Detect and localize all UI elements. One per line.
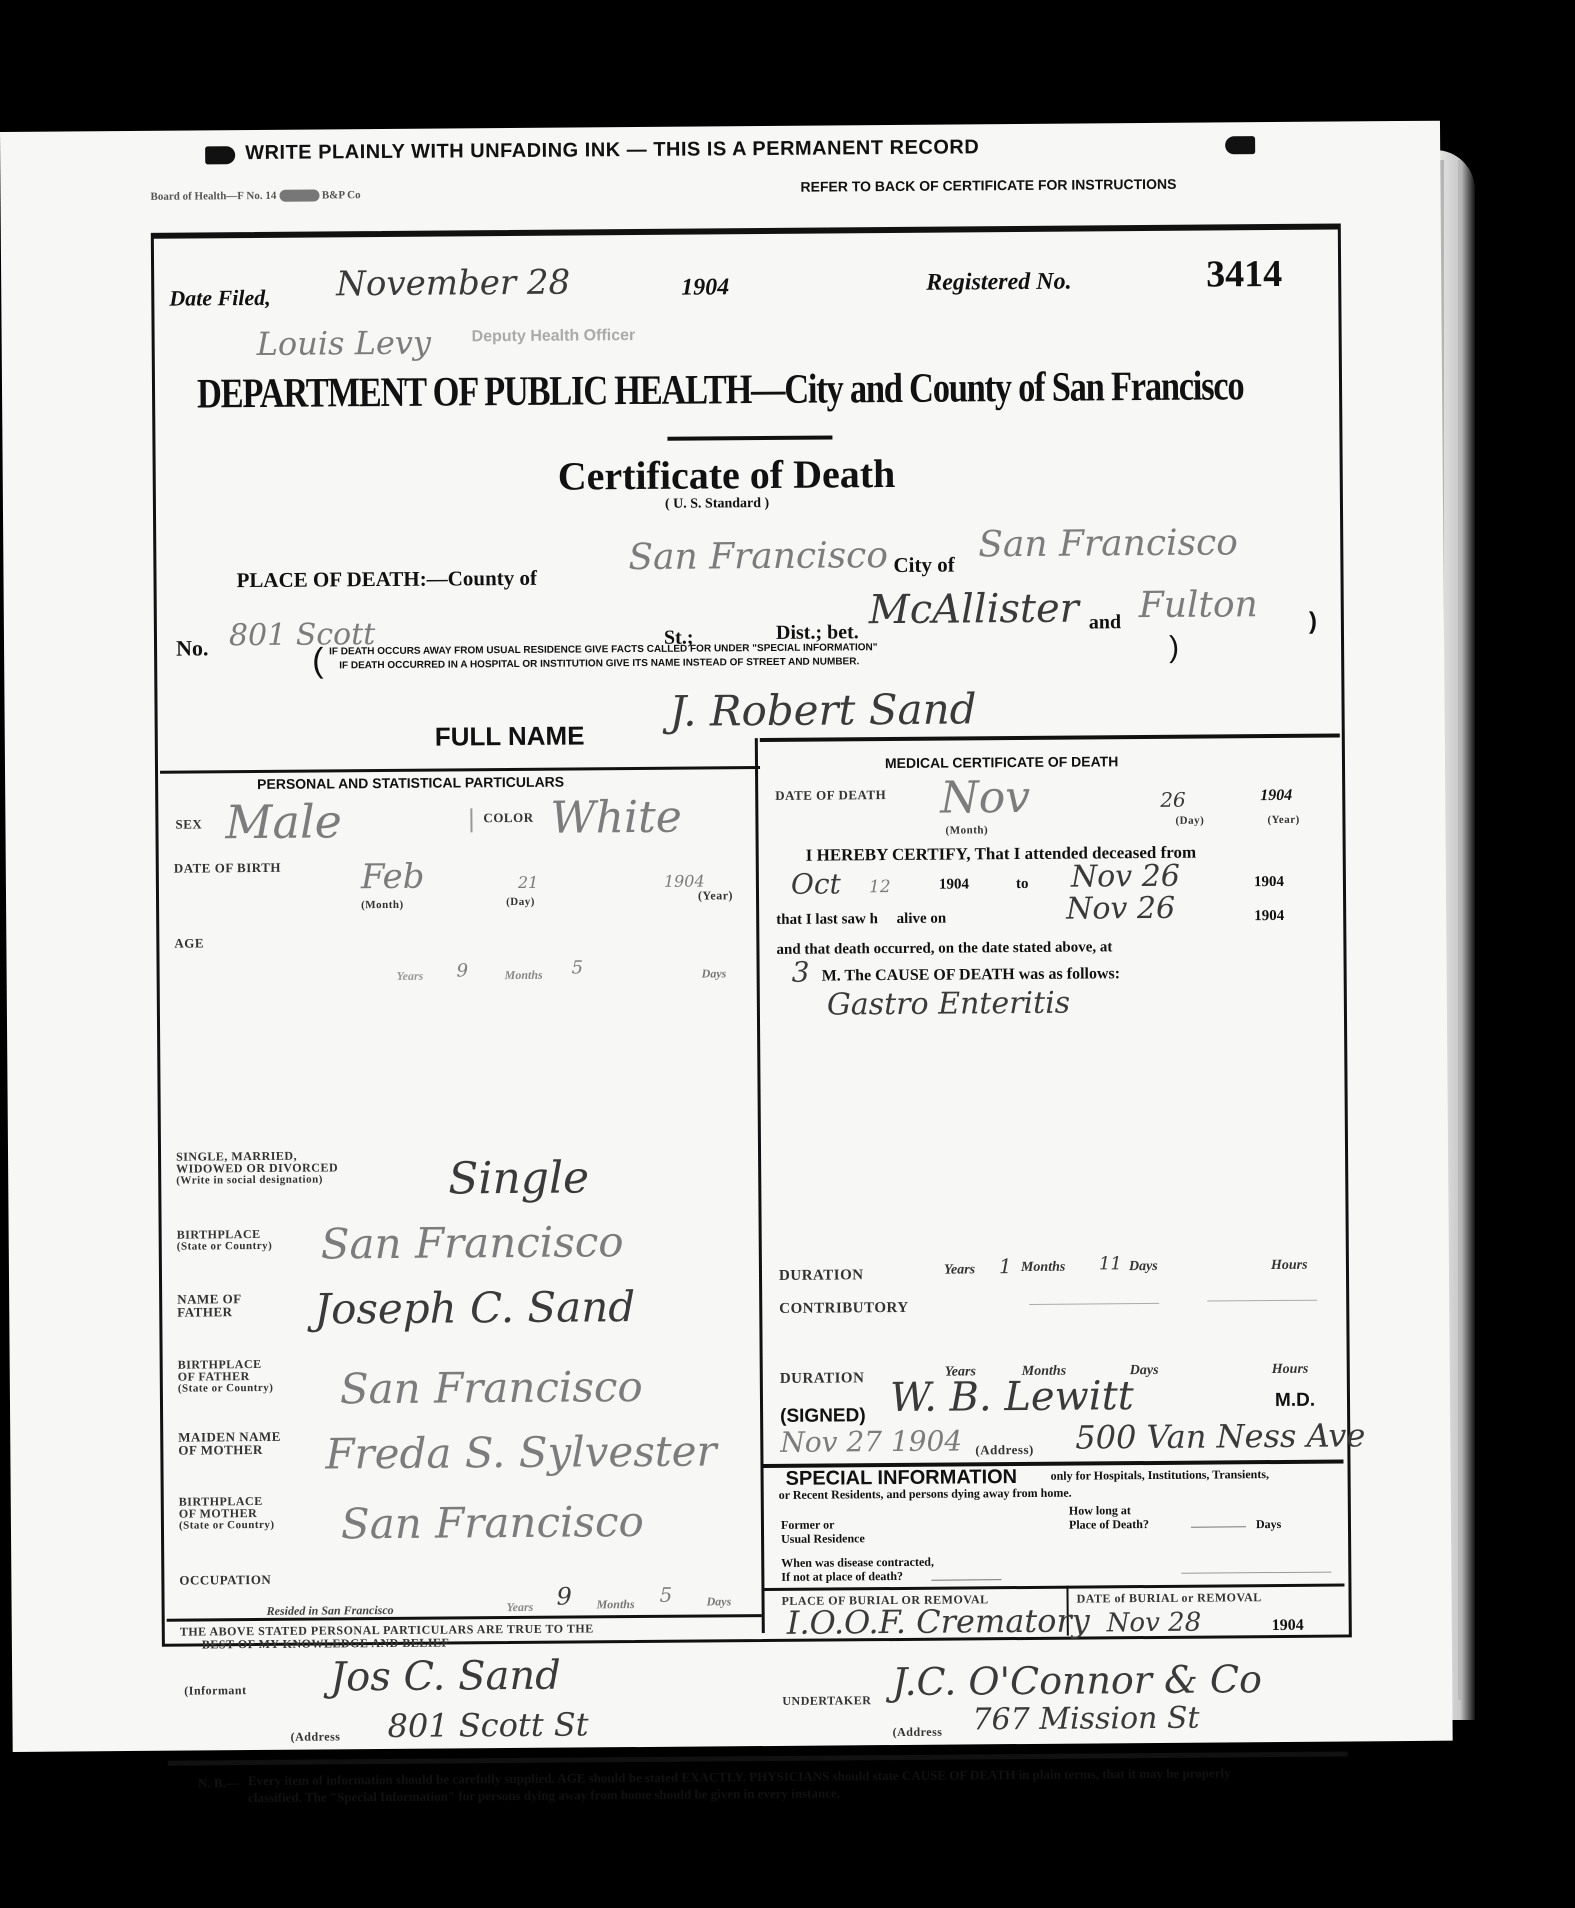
date-of-death-label: DATE OF DEATH [775,787,886,804]
duration-label: DURATION [779,1267,864,1285]
color-value: White [550,792,682,844]
certificate-title: Certificate of Death [558,450,896,500]
birthplace-label: BIRTHPLACE (State or Country) [177,1228,273,1253]
paren-close-2: ) [1169,631,1179,665]
instructions-note: REFER TO BACK OF CERTIFICATE FOR INSTRUC… [800,176,1176,195]
color-label: COLOR [483,810,533,826]
registered-number: 3414 [1206,252,1282,297]
father-birthplace-label: BIRTHPLACE OF FATHER (State or Country) [178,1358,274,1395]
marital-label: SINGLE, MARRIED, WIDOWED OR DIVORCED (Wr… [176,1149,338,1186]
father-birthplace-value: San Francisco [340,1362,643,1413]
death-month-caption: (Month) [945,824,988,836]
informant-address-label: (Address [291,1729,341,1744]
resided-months-label: Months [597,1597,635,1612]
month-caption: (Month) [361,899,404,911]
physician-signature: W. B. Lewitt [890,1373,1134,1421]
personal-heading: PERSONAL AND STATISTICAL PARTICULARS [257,774,564,792]
mother-birthplace-label: BIRTHPLACE OF MOTHER (State or Country) [179,1495,275,1532]
death-day: 26 [1160,788,1186,812]
date-filed-label: Date Filed, [169,285,271,312]
death-hour: 3 [791,956,809,989]
physician-address: 500 Van Ness Ave [1075,1416,1365,1456]
between-street-1: McAllister [869,586,1079,634]
informant-label: (Informant [184,1683,246,1698]
pointing-hand-left-icon [205,146,235,164]
resided-years-label: Years [507,1600,534,1615]
age-months-label: Months [505,968,543,983]
standard-subtitle: ( U. S. Standard ) [665,496,769,513]
attended-from-day: 12 [869,877,891,897]
sex-value: Male [225,794,342,849]
special-info-note-2: or Recent Residents, and persons dying a… [779,1486,1072,1503]
pointing-hand-right-icon [1225,136,1255,154]
dob-label: DATE OF BIRTH [174,860,281,877]
burial-place-value: I.O.O.F. Crematory [787,1601,1090,1641]
father-name-label: NAME OF FATHER [177,1292,242,1319]
nb-label: N. B.— [198,1775,239,1791]
md-label: M.D. [1275,1390,1315,1412]
page-edge-line [1458,160,1461,1700]
age-years-label: Years [397,969,424,984]
union-label-icon [279,190,319,202]
death-year: 1904 [1260,787,1292,805]
undertaker-address-label: (Address [893,1725,943,1740]
duration2-hours-label: Hours [1272,1362,1309,1378]
death-year-caption: (Year) [1267,814,1299,826]
mother-name-label: MAIDEN NAME OF MOTHER [178,1430,281,1457]
birthplace-value: San Francisco [321,1217,624,1268]
paren-open: ( [312,641,324,680]
frame-bottom [168,1751,1348,1765]
burial-year: 1904 [1272,1617,1304,1635]
father-name-value: Joseph C. Sand [314,1282,635,1334]
burial-date-label: DATE of BURIAL or REMOVAL [1076,1590,1261,1606]
full-name-value: J. Robert Sand [669,684,976,735]
nb-text: Every item of information should be care… [248,1764,1258,1806]
place-of-death-label: PLACE OF DEATH:—County of [236,566,537,593]
informant-name: Jos C. Sand [330,1653,561,1701]
undertaker-name: J.C. O'Connor & Co [892,1657,1262,1704]
duration-days-value: 11 [1099,1253,1122,1274]
full-name-label: FULL NAME [435,720,585,752]
former-residence-label: Former or Usual Residence [781,1517,865,1546]
date-filed-year: 1904 [681,274,729,301]
department-title: DEPARTMENT OF PUBLIC HEALTH—City and Cou… [197,362,1244,418]
to-label: to [1016,876,1029,893]
duration-days-label: Days [1129,1259,1158,1275]
resided-days-label: Days [707,1594,732,1609]
city-label: City of [893,553,954,578]
attended-from-month: Oct [791,867,841,900]
duration-months-label: Months [1021,1260,1065,1276]
how-long-label: How long at Place of Death? [1069,1503,1149,1532]
age-label: AGE [174,935,204,951]
duration2-label: DURATION [780,1370,865,1388]
signed-date: Nov 27 1904 [780,1424,962,1458]
street-number-label: No. [176,635,209,661]
disease-contracted-label: When was disease contracted, If not at p… [781,1555,934,1584]
mother-birthplace-value: San Francisco [341,1497,644,1548]
form-id: Board of Health—F No. 14 B&P Co [150,189,360,203]
age-days-label: Days [702,966,727,981]
resided-days-value: 5 [659,1583,672,1607]
mother-name-value: Freda S. Sylvester [325,1426,717,1478]
occurred-text: and that death occurred, on the date sta… [776,939,1112,959]
registered-label: Registered No. [926,269,1072,297]
attended-from-year: 1904 [939,876,969,893]
physician-address-label: (Address) [975,1442,1034,1458]
informant-address: 801 Scott St [387,1705,588,1745]
occupation-label: OCCUPATION [179,1572,271,1589]
officer-signature: Louis Levy [257,324,432,363]
undertaker-address: 767 Mission St [972,1701,1199,1738]
medical-heading: MEDICAL CERTIFICATE OF DEATH [885,753,1118,771]
attended-to-date: Nov 26 [1071,859,1180,895]
between-street-2: Fulton [1139,584,1258,626]
city-value: San Francisco [978,522,1238,565]
day-caption: (Day) [506,896,535,908]
banner-text: WRITE PLAINLY WITH UNFADING INK — THIS I… [245,136,979,165]
age-months-value: 9 [457,960,469,981]
undertaker-label: UNDERTAKER [782,1693,871,1709]
informant-attestation: THE ABOVE STATED PERSONAL PARTICULARS AR… [180,1622,594,1651]
death-month: Nov [940,772,1030,824]
and-label: and [1089,611,1121,634]
dob-month: Feb [361,857,425,897]
last-saw-date: Nov 26 [1066,891,1175,927]
resided-months-value: 9 [556,1583,572,1611]
duration2-days-label: Days [1130,1363,1159,1379]
paren-close: ) [1309,608,1317,636]
date-filed-value: November 28 [336,263,570,305]
burial-date: Nov 28 [1107,1608,1202,1639]
last-saw-year: 1904 [1254,908,1284,925]
cause-of-death: Gastro Enteritis [827,986,1071,1023]
death-certificate: WRITE PLAINLY WITH UNFADING INK — THIS I… [0,121,1453,1752]
county-value: San Francisco [628,535,888,578]
field-divider [470,808,472,832]
attended-to-year: 1904 [1254,874,1284,891]
special-info-note: only for Hospitals, Institutions, Transi… [1051,1467,1270,1484]
last-saw-text: that I last saw h alive on [776,911,946,929]
duration-years-label: Years [944,1262,975,1278]
duration-hours-label: Hours [1271,1258,1308,1274]
death-day-caption: (Day) [1175,815,1204,827]
duration-months-value: 1 [999,1254,1012,1278]
age-days-value: 5 [572,957,584,978]
cause-text: M. The CAUSE OF DEATH was as follows: [822,965,1121,985]
year-caption: (Year) [698,888,733,903]
officer-title: Deputy Health Officer [472,327,636,346]
marital-value: Single [448,1152,589,1204]
dob-day: 21 [518,873,539,892]
how-long-days-label: Days [1256,1517,1281,1532]
contributory-label: CONTRIBUTORY [779,1300,909,1318]
sex-label: SEX [175,816,202,832]
